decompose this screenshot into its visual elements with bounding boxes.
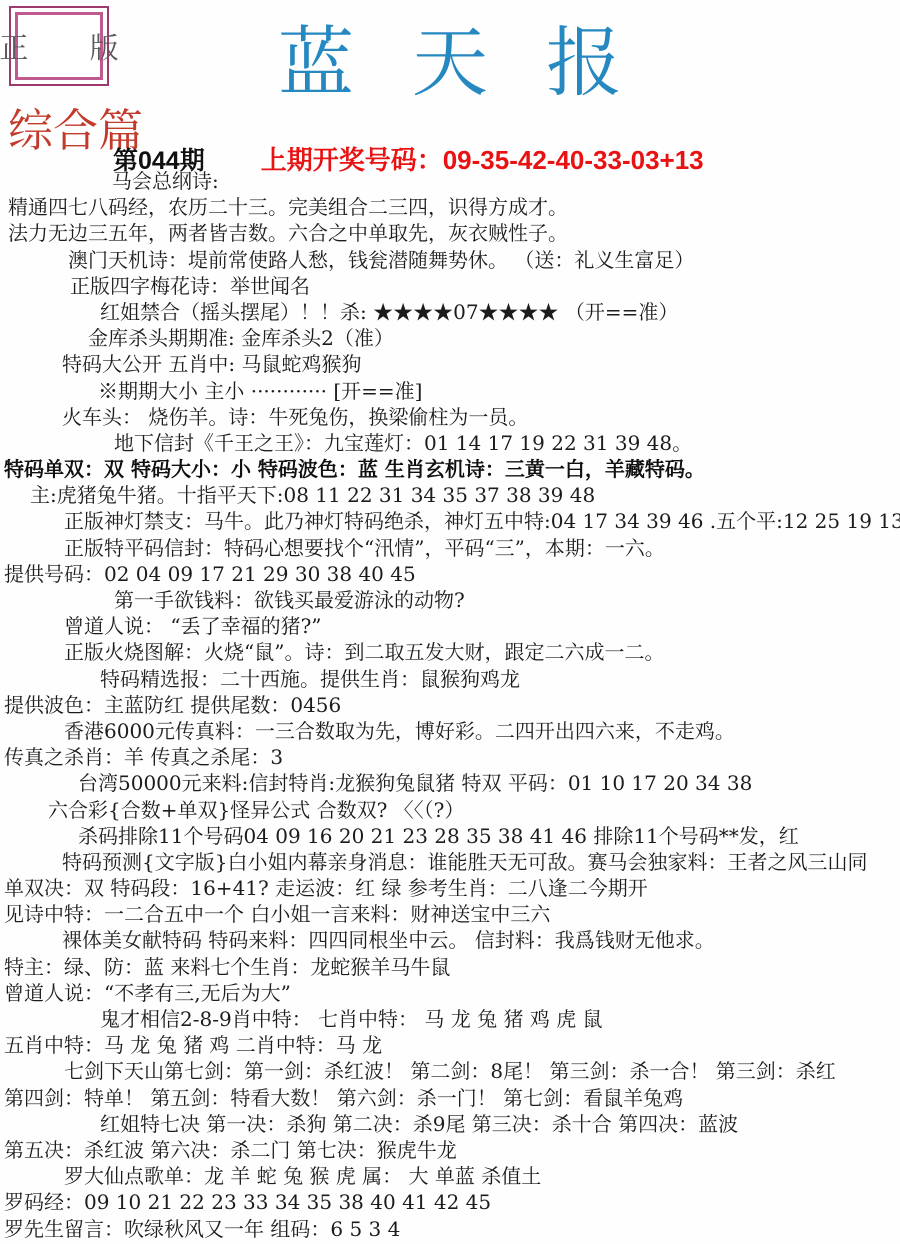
text-line: 红姐禁合（摇头摆尾）！！杀: ★★★★07★★★★ （开==准） [4,299,900,325]
text-line: 第五决：杀红波 第六决：杀二门 第七决：猴虎牛龙 [4,1137,900,1163]
text-line: 罗先生留言：吹绿秋风又一年 组码：6 5 3 4 [4,1216,900,1242]
text-line: 红姐特七决 第一决：杀狗 第二决：杀9尾 第三决：杀十合 第四决：蓝波 [4,1111,900,1137]
text-line: 台湾50000元来料:信封特肖:龙猴狗兔鼠猪 特双 平码：01 10 17 20… [4,770,900,796]
text-line: 第四剑：特单！ 第五剑：特看大数！ 第六剑：杀一门！ 第七剑：看鼠羊兔鸡 [4,1085,900,1111]
text-line: 地下信封《千王之王》：九宝莲灯：01 14 17 19 22 31 39 48。 [4,430,900,456]
lantern-report-page: 正 版 蓝天报 综合篇 第044期 上期开奖号码：09-35-42-40-33-… [0,0,900,1244]
text-line: 特码预测{文字版}白小姐内幕亲身消息：谁能胜天无可敌。赛马会独家料：王者之风三山… [4,849,900,875]
text-line: 罗码经：09 10 21 22 23 33 34 35 38 40 41 42 … [4,1189,900,1215]
text-line: 澳门天机诗：堤前常使路人愁，钱瓮潜随舞势休。 （送：礼义生富足） [4,247,900,273]
text-line: 曾道人说：“不孝有三,无后为大” [4,980,900,1006]
text-line: 六合彩{合数+单双}怪异公式 合数双? 〈〈（?） [4,797,900,823]
text-line: 正版四字梅花诗：举世闻名 [4,273,900,299]
text-line: ※期期大小 主小 ············ [开==准] [4,378,900,404]
text-line: 裸体美女献特码 特码来料：四四同根坐中云。 信封料：我爲钱财无他求。 [4,927,900,953]
text-line: 特码大公开 五肖中: 马鼠蛇鸡猴狗 [4,351,900,377]
text-line: 香港6000元传真料：一三合数取为先，博好彩。二四开出四六来，不走鸡。 [4,718,900,744]
text-line: 主:虎猪兔牛猪。十指平天下:08 11 22 31 34 35 37 38 39… [4,482,900,508]
text-line: 单双决：双 特码段：16+41? 走运波：红 绿 参考生肖：二八逢二今期开 [4,875,900,901]
text-line: 杀码排除11个号码04 09 16 20 21 23 28 35 38 41 4… [4,823,900,849]
text-line: 鬼才相信2-8-9肖中特： 七肖中特： 马 龙 兔 猪 鸡 虎 鼠 [4,1006,900,1032]
text-line: 精通四七八码经，农历二十三。完美组合二三四，识得方成才。 [4,194,900,220]
text-line: 罗大仙点歌单：龙 羊 蛇 兔 猴 虎 属： 大 单蓝 杀值土 [4,1163,900,1189]
text-line: 火车头： 烧伤羊。诗：牛死兔伤，换梁偷柱为一员。 [4,404,900,430]
text-line: 正版特平码信封：特码心想要找个“汛情”，平码“三”，本期：一六。 [4,535,900,561]
text-line: 特码精选报：二十西施。提供生肖：鼠猴狗鸡龙 [4,666,900,692]
text-line: 第一手欲钱料：欲钱买最爱游泳的动物? [4,587,900,613]
text-line: 传真之杀肖：羊 传真之杀尾：3 [4,744,900,770]
text-column: 马会总纲诗:精通四七八码经，农历二十三。完美组合二三四，识得方成才。法力无边三五… [4,168,900,1242]
text-line: 提供号码：02 04 09 17 21 29 30 38 40 45 [4,561,900,587]
text-line: 特主：绿、防：蓝 来料七个生肖：龙蛇猴羊马牛鼠 [4,954,900,980]
text-line: 五肖中特：马 龙 兔 猪 鸡 二肖中特：马 龙 [4,1032,900,1058]
text-line: 正版神灯禁支：马牛。此乃神灯特码绝杀，神灯五中特:04 17 34 39 46 … [4,508,900,534]
text-line: 提供波色：主蓝防红 提供尾数：0456 [4,692,900,718]
text-line: 七剑下天山第七剑：第一剑：杀红波！ 第二剑：8尾！ 第三剑：杀一合！ 第三剑：杀… [4,1058,900,1084]
text-line: 金库杀头期期准: 金库杀头2（准） [4,325,900,351]
text-line: 马会总纲诗: [4,168,900,194]
text-line: 曾道人说： “丢了幸福的猪?” [4,613,900,639]
text-line: 法力无边三五年，两者皆吉数。六合之中单取先，灰衣贼性子。 [4,220,900,246]
text-line: 见诗中特：一二合五中一个 白小姐一言来料：财神送宝中三六 [4,901,900,927]
text-line: 特码单双：双 特码大小：小 特码波色：蓝 生肖玄机诗：三黄一白，羊藏特码。 [4,456,900,482]
text-line: 正版火烧图解：火烧“鼠”。诗：到二取五发大财，跟定二六成一二。 [4,639,900,665]
